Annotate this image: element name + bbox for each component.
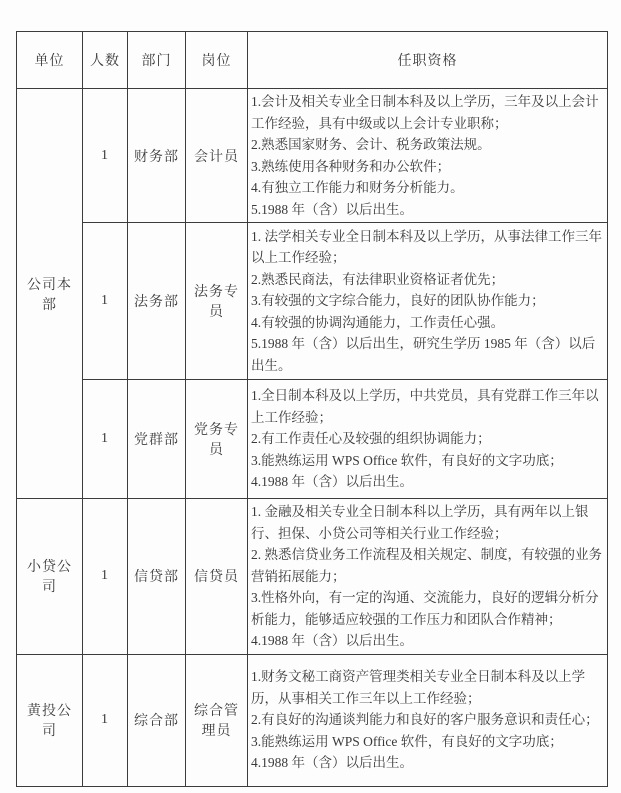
- unit-cell: 黄投公司: [17, 654, 83, 786]
- qualification-item: 3.性格外向，有一定的沟通、交流能力，良好的逻辑分析分析能力，能够适应较强的工作…: [251, 587, 603, 630]
- qualification-item: 2.熟悉国家财务、会计、税务政策法规。: [251, 134, 603, 156]
- qualifications-cell: 1.全日制本科及以上学历，中共党员，具有党群工作三年以上工作经验；2.有工作责任…: [248, 380, 608, 499]
- dept-cell: 法务部: [128, 223, 186, 380]
- table-row: 1 法务部 法务专员 1. 法学相关专业全日制本科及以上学历，从事法律工作三年以…: [17, 223, 608, 380]
- qualification-item: 1. 法学相关专业全日制本科及以上学历，从事法律工作三年以上工作经验；: [251, 226, 603, 269]
- qualification-item: 4.有较强的协调沟通能力，工作责任心强。: [251, 312, 603, 334]
- count-cell: 1: [83, 654, 128, 786]
- qualification-item: 5.1988 年（含）以后出生，研究生学历 1985 年（含）以后出生。: [251, 333, 603, 376]
- count-cell: 1: [83, 223, 128, 380]
- qualification-item: 1. 金融及相关专业全日制本科以上学历，具有两年以上银行、担保、小贷公司等相关行…: [251, 501, 603, 544]
- qualification-item: 3.有较强的文字综合能力，良好的团队协作能力；: [251, 290, 603, 312]
- dept-cell: 综合部: [128, 654, 186, 786]
- table-row: 公司本部 1 财务部 会计员 1.会计及相关专业全日制本科及以上学历，三年及以上…: [17, 89, 608, 223]
- position-cell: 综合管理员: [186, 654, 248, 786]
- position-cell: 法务专员: [186, 223, 248, 380]
- qualification-item: 2. 熟悉信贷业务工作流程及相关规定、制度，有较强的业务营销拓展能力；: [251, 544, 603, 587]
- qualifications-cell: 1. 法学相关专业全日制本科及以上学历，从事法律工作三年以上工作经验；2.熟悉民…: [248, 223, 608, 380]
- qualification-item: 5.1988 年（含）以后出生。: [251, 199, 603, 221]
- page: 单位 人数 部门 岗位 任职资格 公司本部 1 财务部 会计员 1.会计及相关专…: [0, 0, 621, 793]
- unit-cell: 小贷公司: [17, 499, 83, 655]
- dept-cell: 财务部: [128, 89, 186, 223]
- table-row: 1 党群部 党务专员 1.全日制本科及以上学历，中共党员，具有党群工作三年以上工…: [17, 380, 608, 499]
- table-row: 黄投公司 1 综合部 综合管理员 1.财务文秘工商资产管理类相关专业全日制本科及…: [17, 654, 608, 786]
- qualifications-cell: 1. 金融及相关专业全日制本科以上学历，具有两年以上银行、担保、小贷公司等相关行…: [248, 499, 608, 655]
- qualification-item: 2.有良好的沟通谈判能力和良好的客户服务意识和责任心；: [251, 709, 603, 731]
- recruitment-table: 单位 人数 部门 岗位 任职资格 公司本部 1 财务部 会计员 1.会计及相关专…: [16, 31, 608, 787]
- qualification-item: 3.能熟练运用 WPS Office 软件，有良好的文字功底；: [251, 731, 603, 753]
- position-cell: 党务专员: [186, 380, 248, 499]
- header-count: 人数: [83, 32, 128, 89]
- unit-cell: 公司本部: [17, 89, 83, 499]
- position-cell: 会计员: [186, 89, 248, 223]
- header-unit: 单位: [17, 32, 83, 89]
- qualification-item: 4.1988 年（含）以后出生。: [251, 630, 603, 652]
- qualifications-cell: 1.财务文秘工商资产管理类相关专业全日制本科及以上学历，从事相关工作三年以上工作…: [248, 654, 608, 786]
- qualification-item: 3.熟练使用各种财务和办公软件；: [251, 156, 603, 178]
- dept-cell: 信贷部: [128, 499, 186, 655]
- qualification-item: 1.全日制本科及以上学历，中共党员，具有党群工作三年以上工作经验；: [251, 385, 603, 428]
- qualification-item: 1.财务文秘工商资产管理类相关专业全日制本科及以上学历，从事相关工作三年以上工作…: [251, 666, 603, 709]
- qualification-item: 2.有工作责任心及较强的组织协调能力；: [251, 428, 603, 450]
- dept-cell: 党群部: [128, 380, 186, 499]
- qualification-item: 2.熟悉民商法，有法律职业资格证者优先；: [251, 269, 603, 291]
- qualifications-cell: 1.会计及相关专业全日制本科及以上学历，三年及以上会计工作经验，具有中级或以上会…: [248, 89, 608, 223]
- count-cell: 1: [83, 499, 128, 655]
- count-cell: 1: [83, 89, 128, 223]
- count-cell: 1: [83, 380, 128, 499]
- header-qualifications: 任职资格: [248, 32, 608, 89]
- qualification-item: 4.1988 年（含）以后出生。: [251, 752, 603, 774]
- position-cell: 信贷员: [186, 499, 248, 655]
- qualification-item: 4.有独立工作能力和财务分析能力。: [251, 177, 603, 199]
- table-row: 小贷公司 1 信贷部 信贷员 1. 金融及相关专业全日制本科以上学历，具有两年以…: [17, 499, 608, 655]
- table-header-row: 单位 人数 部门 岗位 任职资格: [17, 32, 608, 89]
- header-position: 岗位: [186, 32, 248, 89]
- header-dept: 部门: [128, 32, 186, 89]
- qualification-item: 4.1988 年（含）以后出生。: [251, 471, 603, 493]
- qualification-item: 1.会计及相关专业全日制本科及以上学历，三年及以上会计工作经验，具有中级或以上会…: [251, 91, 603, 134]
- qualification-item: 3.能熟练运用 WPS Office 软件，有良好的文字功底；: [251, 450, 603, 472]
